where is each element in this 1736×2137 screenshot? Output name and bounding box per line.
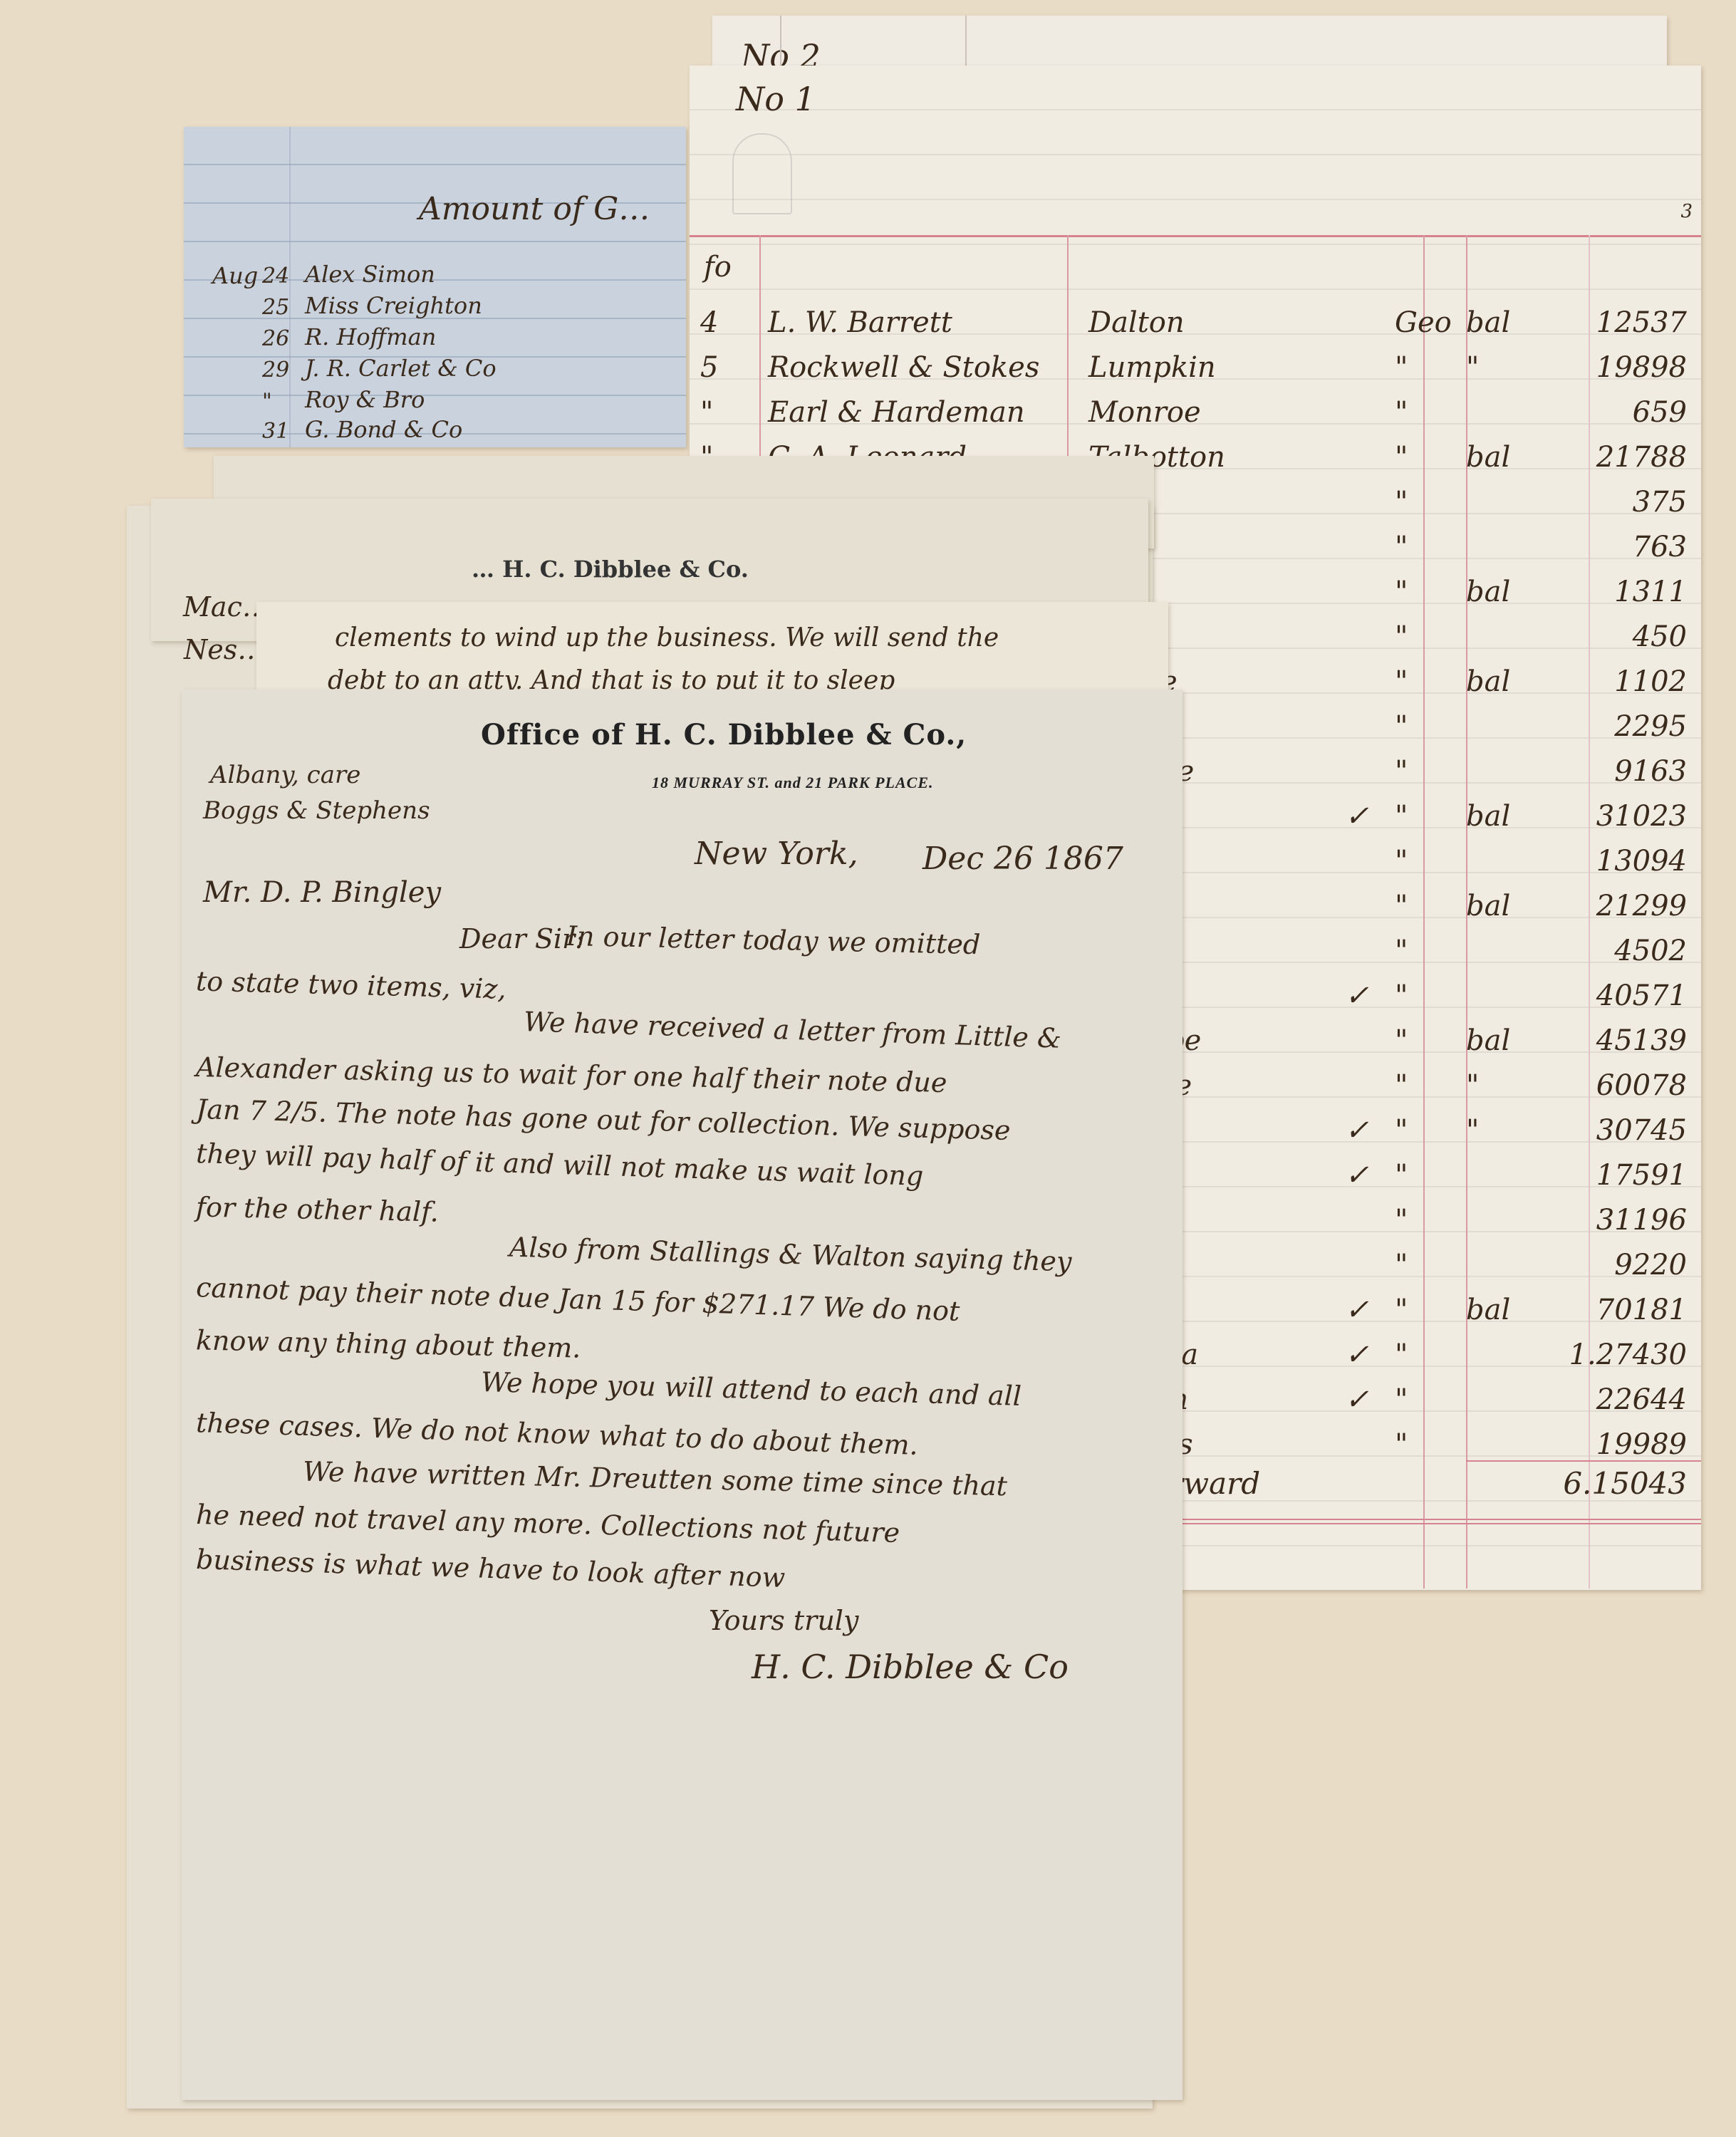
ledger-cell-amount: 659 xyxy=(1633,396,1687,429)
ledger-cell-amount: 22644 xyxy=(1596,1383,1687,1416)
total-amount: 6.15043 xyxy=(1563,1466,1687,1501)
letter-line: he need not travel any more. Collections… xyxy=(196,1499,900,1549)
ledger-cell-note: bal xyxy=(1466,800,1510,833)
ledger-cell-amount: 19898 xyxy=(1596,351,1687,384)
ledger-cell-amount: 19989 xyxy=(1596,1428,1687,1461)
ledger-cell-town: Dalton xyxy=(1088,306,1185,339)
embossed-seal-icon xyxy=(732,133,792,214)
ledger-cell-note: bal xyxy=(1466,1024,1510,1057)
ledger-cell-amount: 31196 xyxy=(1596,1204,1687,1237)
letter-line: know any thing about them. xyxy=(196,1324,581,1363)
ledger-cell-town: Monroe xyxy=(1088,396,1201,429)
recipient: Mr. D. P. Bingley xyxy=(203,876,441,909)
ledger-cell-state: " xyxy=(1395,1204,1408,1237)
signature: H. C. Dibblee & Co xyxy=(752,1648,1069,1686)
ledger-cell-amount: 21788 xyxy=(1596,441,1687,474)
ledger-cell-amount: 13094 xyxy=(1596,845,1687,878)
blue-sheet-heading: Amount of G… xyxy=(419,191,650,227)
ledger-cell-state: " xyxy=(1395,486,1408,519)
ledger-cell-note: " xyxy=(1466,351,1479,384)
letter-line: Jan 7 2/5. The note has gone out for col… xyxy=(196,1093,1011,1146)
ledger-cell-state: " xyxy=(1395,890,1408,922)
ledger-cell-note: bal xyxy=(1466,1294,1510,1326)
ledger-cell-state: " xyxy=(1395,800,1408,833)
ledger-cell-check: ✓ xyxy=(1345,800,1369,833)
letter-line: these cases. We do not know what to do a… xyxy=(196,1407,919,1461)
sum-rule xyxy=(1466,1460,1701,1462)
ledger-cell-amount: 30745 xyxy=(1596,1114,1687,1147)
letterhead-title: Office of H. C. Dibblee & Co., xyxy=(481,718,967,752)
ledger-cell-state: " xyxy=(1395,979,1408,1012)
ledger-cell-amount: 1102 xyxy=(1614,665,1687,698)
letterhead-fragment: … H. C. Dibblee & Co. xyxy=(472,556,749,583)
letter-line: cannot pay their note due Jan 15 for $27… xyxy=(196,1272,960,1327)
ledger-cell-state: " xyxy=(1395,441,1408,474)
ledger-cell-amount: 40571 xyxy=(1596,979,1687,1012)
ledger-cell-note: " xyxy=(1466,1114,1479,1147)
routing-line: Boggs & Stephens xyxy=(203,796,430,825)
letter-place: New York, xyxy=(695,836,858,872)
ledger-cell-folio: " xyxy=(700,396,713,429)
routing-line: Albany, care xyxy=(210,761,360,789)
ledger-cell-name: Earl & Hardeman xyxy=(768,396,1025,429)
closing: Yours truly xyxy=(709,1605,858,1636)
month-label: Aug xyxy=(212,262,258,289)
letter-line: for the other half. xyxy=(196,1191,440,1227)
ledger-cell-state: " xyxy=(1395,1294,1408,1326)
ledger-cell-note: bal xyxy=(1466,890,1510,922)
margin-rule xyxy=(289,127,291,447)
ledger-cell-amount: 9220 xyxy=(1614,1249,1687,1281)
letter-line: Alexander asking us to wait for one half… xyxy=(196,1051,947,1098)
ledger-cell-state: " xyxy=(1395,1069,1408,1102)
letter-line: business is what we have to look after n… xyxy=(196,1544,786,1593)
ledger-cell-state: " xyxy=(1395,935,1408,967)
ledger-cell-state: " xyxy=(1395,1249,1408,1281)
ledger-cell-town: Lumpkin xyxy=(1088,351,1216,384)
corner-mark: 3 xyxy=(1680,201,1693,222)
ledger-cell-note: bal xyxy=(1466,306,1510,339)
ledger-cell-state: " xyxy=(1395,576,1408,608)
letter-line: they will pay half of it and will not ma… xyxy=(196,1138,924,1192)
ledger-cell-amount: 375 xyxy=(1633,486,1687,519)
main-letter: Office of H. C. Dibblee & Co., 18 MURRAY… xyxy=(182,690,1183,2100)
ledger-cell-state: Geo xyxy=(1395,306,1452,339)
ledger-cell-folio: 4 xyxy=(700,306,718,339)
ledger-cell-note: bal xyxy=(1466,576,1510,608)
ledger-cell-state: " xyxy=(1395,1024,1408,1057)
ledger-cell-amount: 17591 xyxy=(1596,1159,1687,1192)
ledger-row: 4L. W. BarrettDaltonGeobal12537 xyxy=(690,301,1701,343)
ledger-cell-amount: 21299 xyxy=(1596,890,1687,922)
letter-line: Also from Stallings & Walton saying they xyxy=(509,1232,1072,1278)
ledger-cell-check: ✓ xyxy=(1345,1294,1369,1326)
ledger-cell-state: " xyxy=(1395,1428,1408,1461)
header-rule xyxy=(690,235,1701,237)
ledger-cell-state: " xyxy=(1395,755,1408,788)
ledger-cell-amount: 70181 xyxy=(1596,1294,1687,1326)
letter-line: We have written Mr. Dreutten some time s… xyxy=(303,1456,1008,1502)
ledger-cell-state: " xyxy=(1395,396,1408,429)
ledger-cell-check: ✓ xyxy=(1345,979,1369,1012)
ledger-cell-state: " xyxy=(1395,531,1408,563)
ledger-cell-amount: 31023 xyxy=(1596,800,1687,833)
ledger-cell-state: " xyxy=(1395,1338,1408,1371)
ledger-cell-name: L. W. Barrett xyxy=(768,306,952,339)
ledger-cell-state: " xyxy=(1395,710,1408,743)
ledger-cell-state: " xyxy=(1395,845,1408,878)
ledger-cell-check: ✓ xyxy=(1345,1159,1369,1192)
sheet-number: No 1 xyxy=(736,80,816,118)
ledger-cell-state: " xyxy=(1395,1114,1408,1147)
letter-line: clements to wind up the business. We wil… xyxy=(335,623,999,652)
ledger-row: 5Rockwell & StokesLumpkin""19898 xyxy=(690,345,1701,388)
ledger-cell-folio: 5 xyxy=(700,351,718,384)
ledger-cell-amount: 1.27430 xyxy=(1569,1338,1687,1371)
letter-line: to state two items, viz, xyxy=(195,965,506,1004)
ledger-cell-amount: 450 xyxy=(1633,620,1687,653)
blue-list-sheet: Amount of G… Aug 24 Alex Simon 25 Miss C… xyxy=(184,127,686,447)
ledger-cell-state: " xyxy=(1395,1159,1408,1192)
letter-date: Dec 26 1867 xyxy=(922,841,1123,877)
ledger-cell-amount: 9163 xyxy=(1614,755,1687,788)
ledger-cell-amount: 60078 xyxy=(1596,1069,1687,1102)
ledger-row: "Earl & HardemanMonroe"659 xyxy=(690,390,1701,433)
ledger-cell-amount: 4502 xyxy=(1614,935,1687,967)
letter-line: We have received a letter from Little & xyxy=(523,1006,1061,1054)
ledger-cell-state: " xyxy=(1395,665,1408,698)
ledger-cell-name: Rockwell & Stokes xyxy=(768,351,1039,384)
letter-line: In our letter today we omitted xyxy=(566,920,981,960)
margin-fragment: Nes… xyxy=(184,634,264,665)
ledger-cell-note: bal xyxy=(1466,665,1510,698)
ledger-cell-amount: 1311 xyxy=(1614,576,1687,608)
letterhead-address: 18 MURRAY ST. and 21 PARK PLACE. xyxy=(652,774,934,792)
folio-header: fo xyxy=(704,251,732,284)
ledger-cell-state: " xyxy=(1395,1383,1408,1416)
ledger-cell-amount: 12537 xyxy=(1596,306,1687,339)
ledger-cell-state: " xyxy=(1395,620,1408,653)
ledger-cell-state: " xyxy=(1395,351,1408,384)
ledger-cell-amount: 2295 xyxy=(1614,710,1687,743)
ledger-cell-note: bal xyxy=(1466,441,1510,474)
letter-line: We hope you will attend to each and all xyxy=(481,1366,1022,1412)
ledger-cell-amount: 763 xyxy=(1633,531,1687,563)
ledger-cell-check: ✓ xyxy=(1345,1114,1369,1147)
ledger-cell-amount: 45139 xyxy=(1596,1024,1687,1057)
ledger-cell-check: ✓ xyxy=(1345,1338,1369,1371)
ledger-cell-note: " xyxy=(1466,1069,1479,1102)
ledger-cell-check: ✓ xyxy=(1345,1383,1369,1416)
